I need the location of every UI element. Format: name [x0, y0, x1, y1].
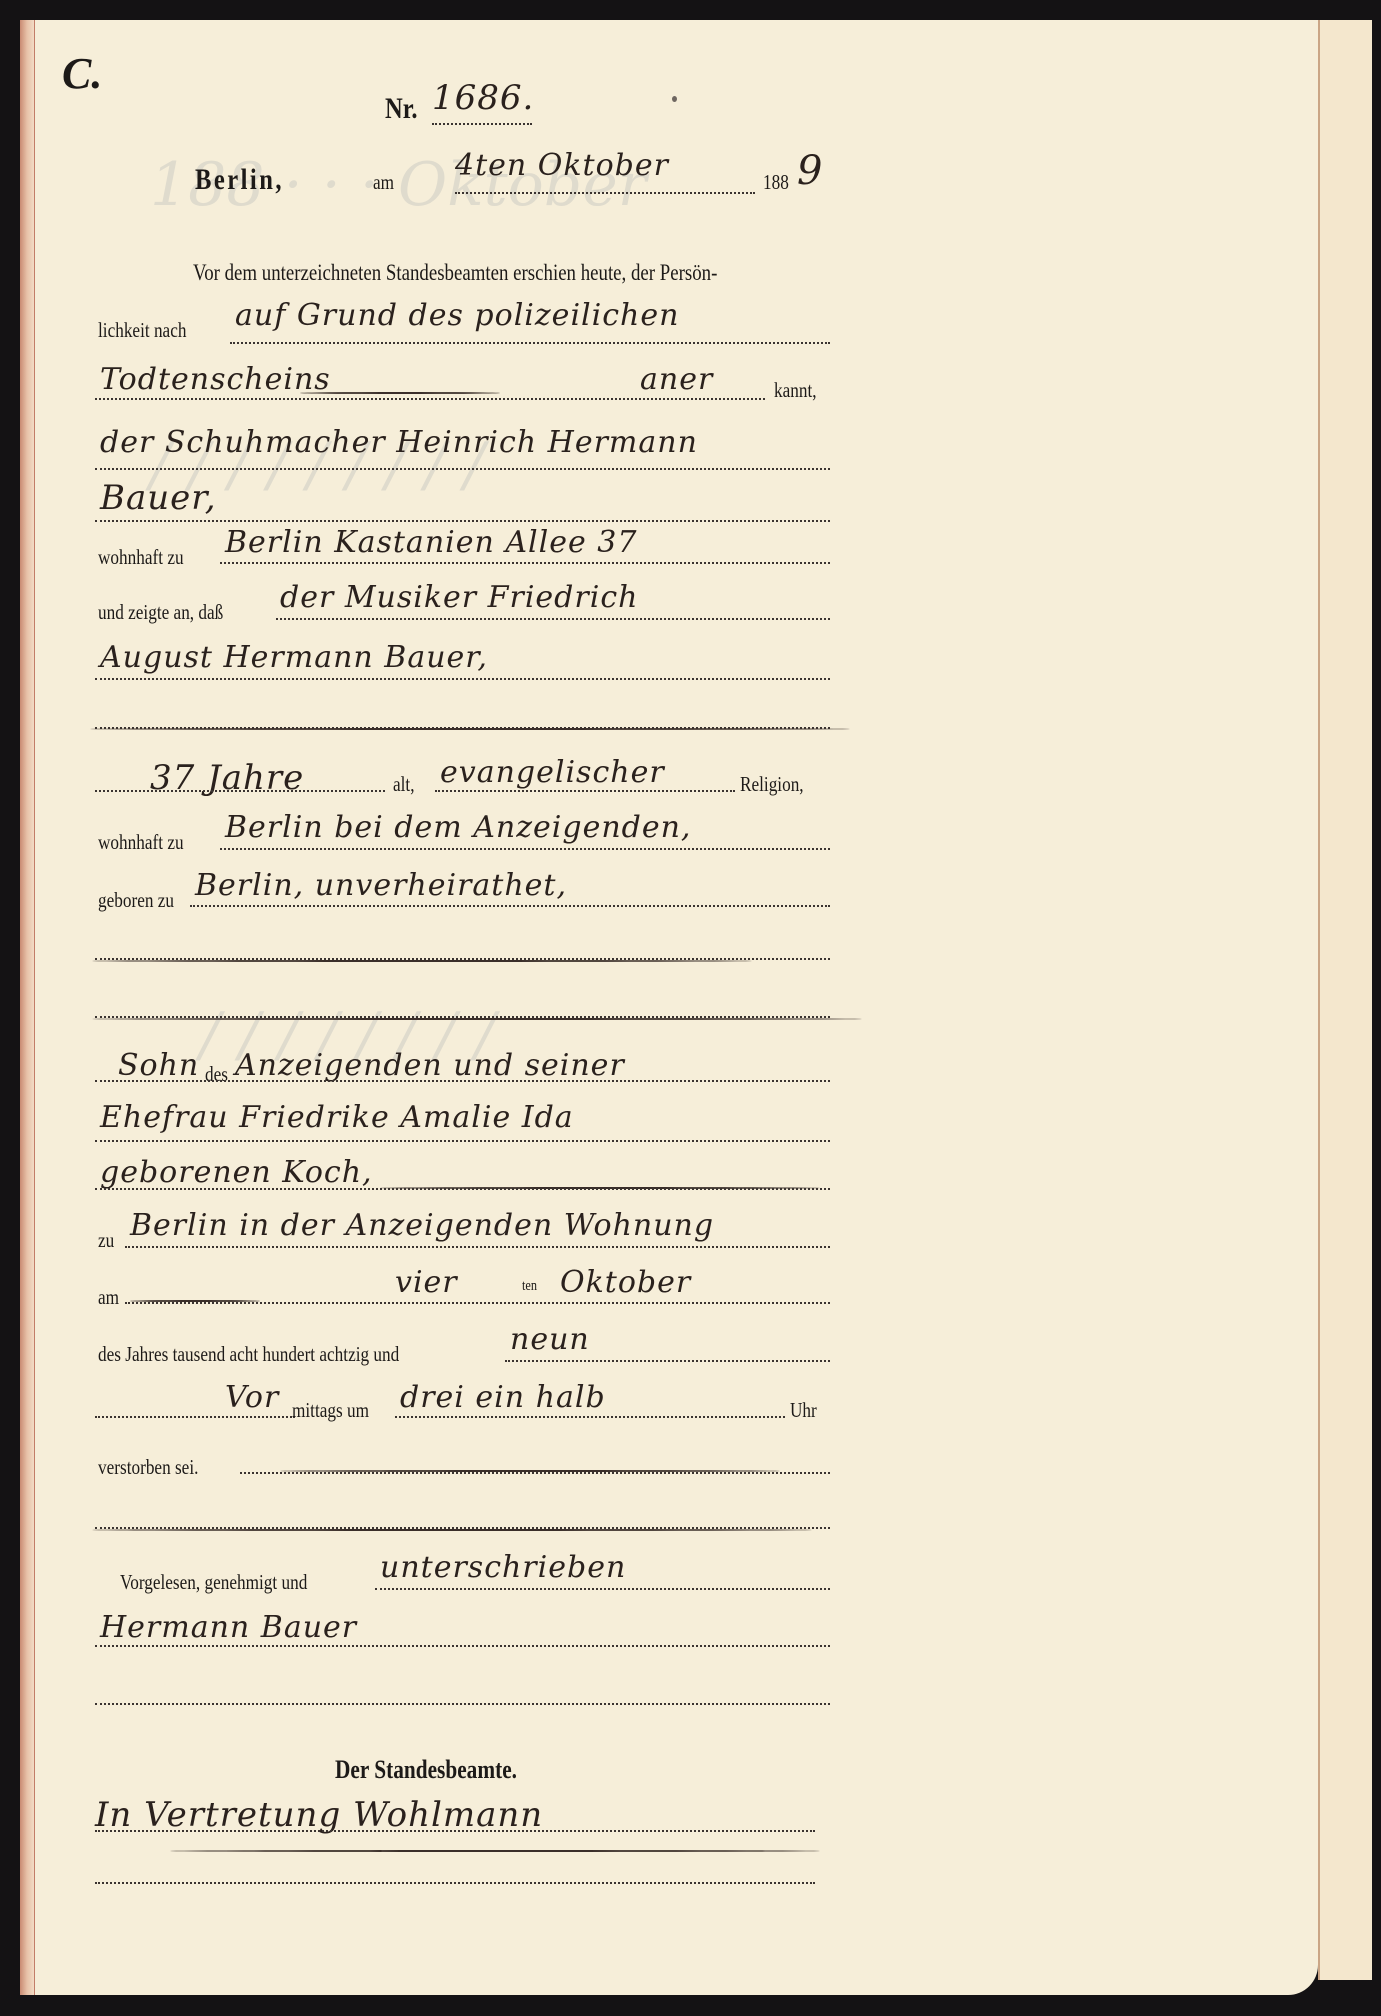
line	[276, 618, 830, 620]
deceased-occupation: der Musiker Friedrich	[280, 580, 638, 615]
filler-stroke	[92, 1018, 862, 1020]
identity-basis-cont: Todtenscheins	[100, 362, 331, 397]
filler-stroke	[300, 392, 500, 394]
death-year: neun	[510, 1322, 590, 1357]
born-label: geboren zu	[98, 888, 174, 913]
section-letter: C.	[62, 48, 102, 99]
informant: der Schuhmacher Heinrich Hermann	[100, 425, 698, 460]
margin-line	[34, 20, 35, 1995]
official-title: Der Standesbeamte.	[335, 1755, 517, 1785]
line	[95, 1882, 815, 1884]
informant-residence: Berlin Kastanien Allee 37	[225, 525, 637, 560]
line	[95, 468, 830, 470]
entry-number: 1686.	[432, 78, 534, 118]
age-label: alt,	[393, 772, 415, 797]
line	[95, 520, 830, 522]
deceased-residence-label: wohnhaft zu	[98, 830, 184, 855]
parent-relation: Sohn	[118, 1048, 199, 1083]
ink-dot	[672, 96, 677, 102]
informant-signature: Hermann Bauer	[100, 1610, 357, 1645]
death-month: Oktober	[560, 1265, 691, 1300]
line	[230, 342, 830, 344]
date-prefix: am	[373, 170, 394, 195]
death-place-label: zu	[98, 1228, 114, 1253]
identity-end: kannt,	[774, 378, 817, 403]
number-line	[432, 123, 532, 125]
adjacent-page-edge	[1318, 20, 1372, 1980]
birthplace: Berlin, unverheirathet,	[195, 868, 567, 903]
deceased-name: August Hermann Bauer,	[100, 640, 488, 675]
line	[95, 1080, 830, 1082]
line	[375, 1588, 830, 1590]
time-label: mittags um	[292, 1398, 369, 1423]
deceased-label: verstorben sei.	[98, 1455, 198, 1480]
identity-label: lichkeit nach	[98, 318, 186, 343]
filler-stroke	[92, 1529, 812, 1531]
day-suffix: ten	[522, 1278, 537, 1295]
parents-label: des	[205, 1062, 228, 1087]
deceased-residence: Berlin bei dem Anzeigenden,	[225, 810, 691, 845]
line	[95, 790, 385, 792]
signature-flourish	[170, 1850, 820, 1852]
identity-basis: auf Grund des polizeilichen	[235, 298, 679, 333]
filler-stroke	[90, 728, 850, 730]
mother-maiden-name: geborenen Koch,	[100, 1155, 373, 1190]
read-status: unterschrieben	[380, 1550, 626, 1585]
date-value: 4ten Oktober	[455, 148, 669, 183]
number-label: Nr.	[385, 92, 418, 126]
deceased-age: 37 Jahre	[150, 758, 304, 798]
line	[95, 398, 765, 400]
line	[95, 1703, 830, 1705]
line	[95, 1188, 830, 1190]
line	[125, 1302, 830, 1304]
deceased-religion: evangelischer	[440, 755, 665, 790]
line	[220, 848, 830, 850]
line	[95, 1416, 295, 1418]
line	[190, 905, 830, 907]
time-unit: Uhr	[790, 1398, 817, 1423]
filler-stroke	[92, 960, 752, 962]
year-handwritten: 9	[797, 148, 823, 194]
line	[240, 1472, 830, 1474]
residence-label: wohnhaft zu	[98, 545, 184, 570]
father: Anzeigenden und seiner	[235, 1048, 625, 1083]
identity-basis-cont2: aner	[640, 362, 713, 397]
line	[505, 1360, 830, 1362]
year-text: des Jahres tausend acht hundert achtzig …	[98, 1342, 399, 1367]
date-line	[455, 192, 755, 194]
informant-surname: Bauer,	[100, 478, 217, 518]
line	[95, 1830, 815, 1832]
line	[95, 678, 830, 680]
death-time: drei ein halb	[400, 1380, 606, 1415]
line	[395, 1416, 785, 1418]
mother: Ehefrau Friedrike Amalie Ida	[100, 1100, 574, 1135]
line	[95, 1140, 830, 1142]
read-label: Vorgelesen, genehmigt und	[120, 1570, 307, 1595]
death-day: vier	[395, 1265, 458, 1300]
intro-text: Vor dem unterzeichneten Standesbeamten e…	[193, 260, 717, 286]
year-printed: 188	[763, 170, 789, 195]
official-signature: In Vertretung Wohlmann	[95, 1795, 543, 1835]
death-place: Berlin in der Anzeigenden Wohnung	[130, 1208, 714, 1243]
place-label: Berlin,	[195, 163, 284, 197]
death-date-label: am	[98, 1285, 119, 1310]
line	[220, 562, 830, 564]
page-red-edge	[20, 20, 34, 1995]
filler-stroke	[280, 1470, 780, 1472]
line	[95, 1645, 830, 1647]
line	[435, 790, 735, 792]
announce-label: und zeigte an, daß	[98, 600, 223, 625]
death-time-meridiem: Vor	[225, 1380, 279, 1415]
religion-label: Religion,	[740, 772, 804, 797]
line	[125, 1246, 830, 1248]
